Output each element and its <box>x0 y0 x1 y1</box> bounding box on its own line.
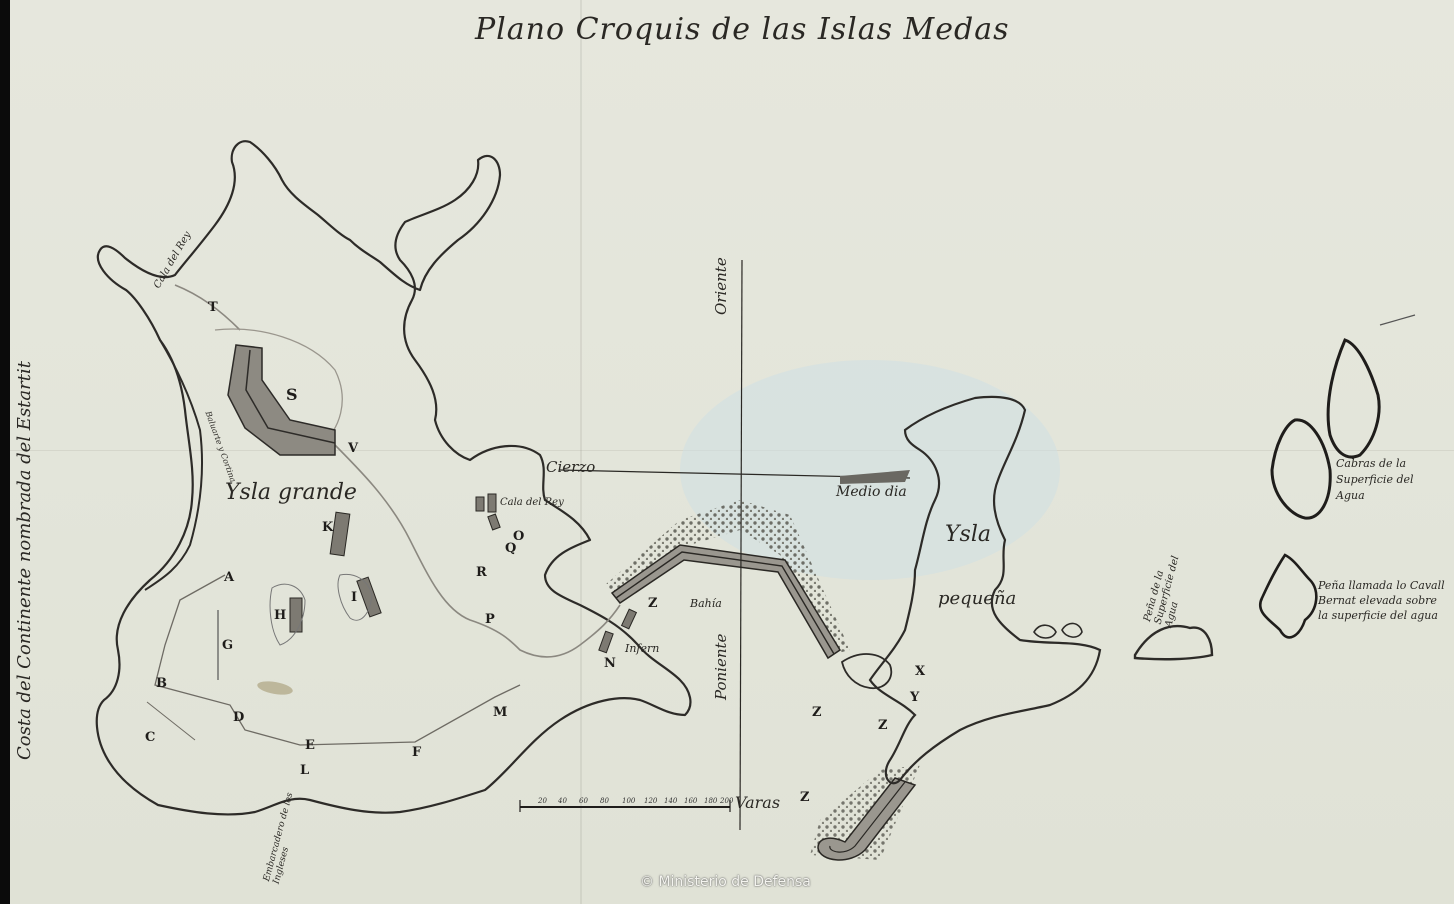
point-i: I <box>351 590 357 605</box>
point-f: F <box>412 745 421 760</box>
compass-west-label: Poniente <box>712 634 730 700</box>
fortification-bastion <box>228 345 335 455</box>
scale-tick-160: 160 <box>684 797 697 805</box>
infern-label: Infern <box>625 642 659 655</box>
scale-tick-140: 140 <box>664 797 677 805</box>
point-d: D <box>233 710 244 725</box>
building-cala1 <box>476 497 484 511</box>
farallon-cavall-bernat-label: Peña llamada lo Cavall Bernat elevada so… <box>1318 578 1448 623</box>
point-p: P <box>485 612 495 627</box>
isla-pequena-label-2: pequeña <box>938 588 1016 609</box>
isla-pequena-label-1: Ysla <box>945 522 991 547</box>
point-b: B <box>156 676 167 691</box>
point-c: C <box>145 730 155 745</box>
point-z-1: Z <box>648 596 658 611</box>
continent-coast-label: Costa del Continente nombrada del Estart… <box>14 361 35 760</box>
point-k: K <box>322 520 333 535</box>
point-e: E <box>305 738 315 753</box>
point-a: A <box>224 570 234 585</box>
building-i <box>357 577 381 617</box>
farallon-right-tall <box>1328 340 1379 457</box>
copyright-watermark: © Ministerio de Defensa <box>640 874 811 890</box>
point-n: N <box>604 656 616 671</box>
point-t: T <box>208 300 218 315</box>
farallon-top-label: Cabras de la Superficie del Agua <box>1336 456 1416 504</box>
point-r: R <box>476 565 487 580</box>
scale-unit: Varas <box>735 793 780 812</box>
scale-tick-40: 40 <box>558 797 567 805</box>
building-h <box>290 598 302 632</box>
point-m: M <box>493 705 507 720</box>
scale-tick-60: 60 <box>579 797 588 805</box>
point-z-2: Z <box>812 705 822 720</box>
point-l: L <box>300 763 309 778</box>
bahia-label: Bahía <box>690 597 722 610</box>
building-cala3 <box>488 514 500 530</box>
building-3a <box>622 609 637 629</box>
point-z-3: Z <box>878 718 888 733</box>
scale-tick-80: 80 <box>600 797 609 805</box>
point-v: V <box>348 441 358 456</box>
building-cala2 <box>488 494 496 512</box>
farallon-right-small <box>1272 420 1330 518</box>
map-title: Plano Croquis de las Islas Medas <box>475 12 1010 47</box>
point-q: Q <box>505 541 516 556</box>
scale-tick-120: 120 <box>644 797 657 805</box>
building-3b <box>599 631 613 653</box>
scale-tick-200: 200 <box>720 797 733 805</box>
scale-tick-180: 180 <box>704 797 717 805</box>
point-s: S <box>286 385 298 404</box>
scale-tick-20: 20 <box>538 797 547 805</box>
point-z-4: Z <box>800 790 810 805</box>
compass-south-label: Medio dia <box>836 484 907 500</box>
scale-tick-100: 100 <box>622 797 635 805</box>
cala-del-rey-label: Cala del Rey <box>500 497 564 508</box>
farallon-cavall-bernat <box>1260 555 1316 637</box>
compass-east-label: Oriente <box>712 257 730 315</box>
point-g: G <box>222 638 233 653</box>
isla-grande-label: Ysla grande <box>225 480 357 505</box>
point-h: H <box>274 608 286 623</box>
farallon-middle <box>1135 626 1212 659</box>
point-x: X <box>915 664 925 679</box>
compass-north-label: Cierzo <box>546 458 595 476</box>
defence-line <box>155 575 520 745</box>
point-y: Y <box>910 690 919 705</box>
